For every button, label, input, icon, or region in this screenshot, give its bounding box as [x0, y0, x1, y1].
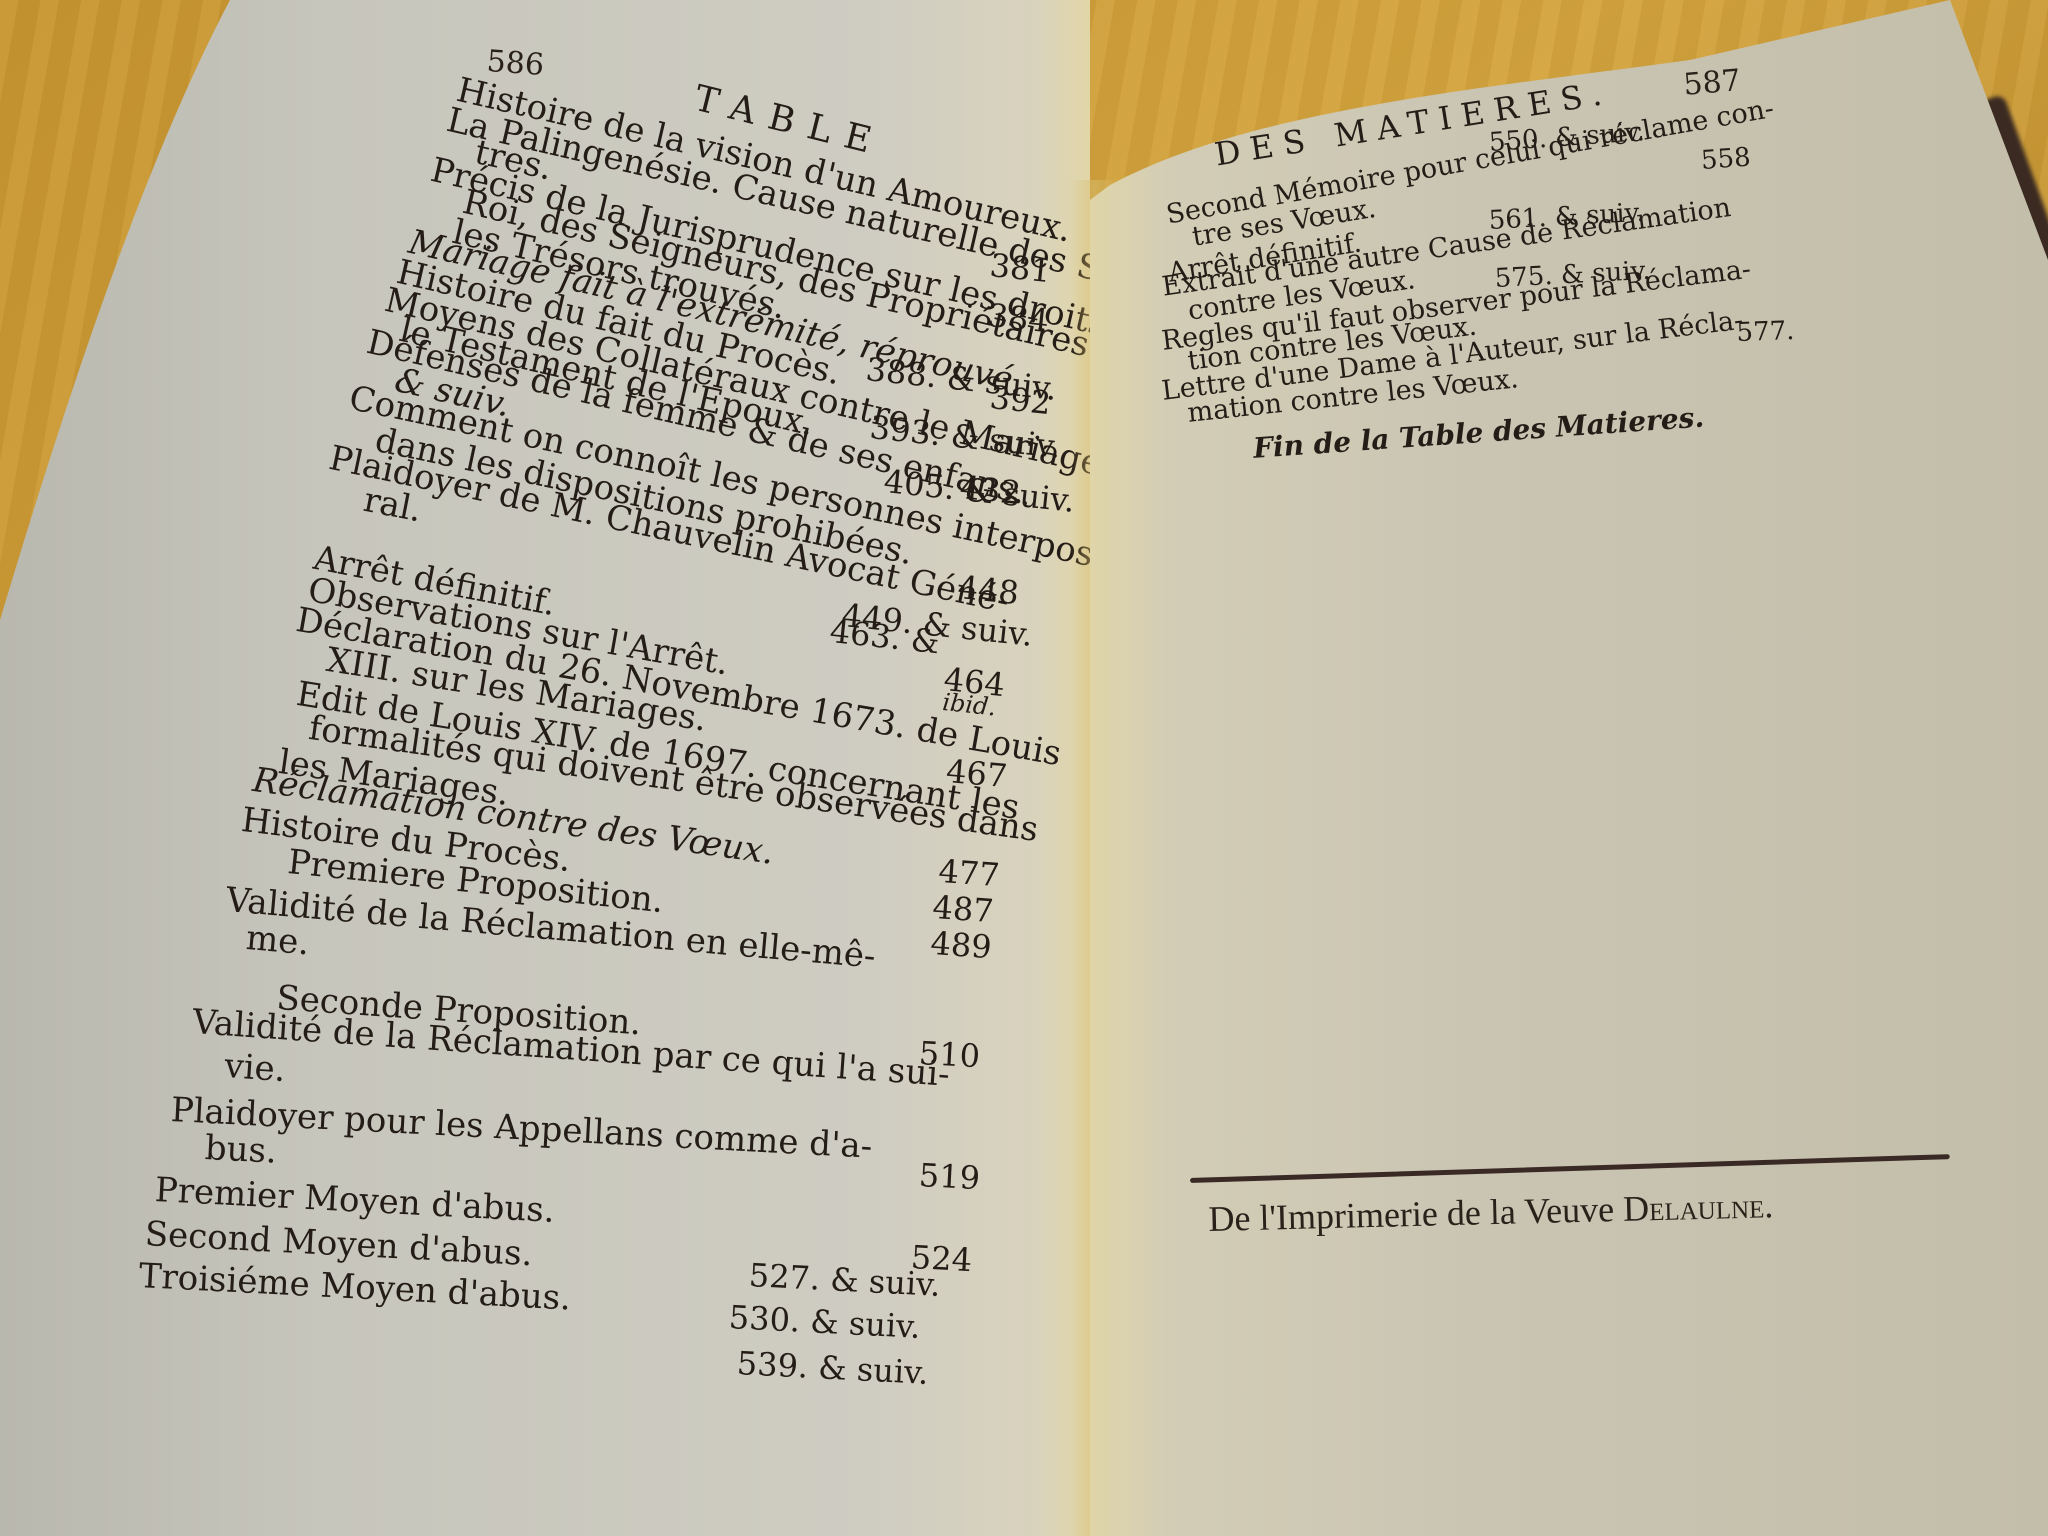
toc-page-ref: 477 — [937, 852, 1001, 894]
toc-page-ref: 489 — [929, 924, 993, 966]
right-page-number: 587 — [1682, 63, 1742, 103]
toc-page-ref: ibid. — [941, 688, 997, 721]
toc-page-ref: 558 — [1700, 143, 1752, 176]
toc-page-ref: 519 — [918, 1156, 981, 1197]
toc-page-ref: 432. — [958, 468, 1033, 513]
toc-page-ref: 467 — [945, 752, 1009, 795]
toc-page-ref: 381 — [988, 246, 1053, 290]
toc-page-ref: 448 — [956, 568, 1021, 612]
toc-entry: vie. — [223, 1046, 287, 1090]
toc-page-ref: 510 — [918, 1034, 981, 1075]
toc-page-ref: 384 — [986, 296, 1051, 340]
toc-entry: me. — [245, 918, 311, 963]
toc-page-ref: 392 — [988, 378, 1053, 422]
toc-entry: bus. — [204, 1128, 278, 1172]
toc-page-ref: 577. — [1736, 316, 1795, 348]
imprint-printer-name: Delaulne. — [1623, 1185, 1774, 1229]
